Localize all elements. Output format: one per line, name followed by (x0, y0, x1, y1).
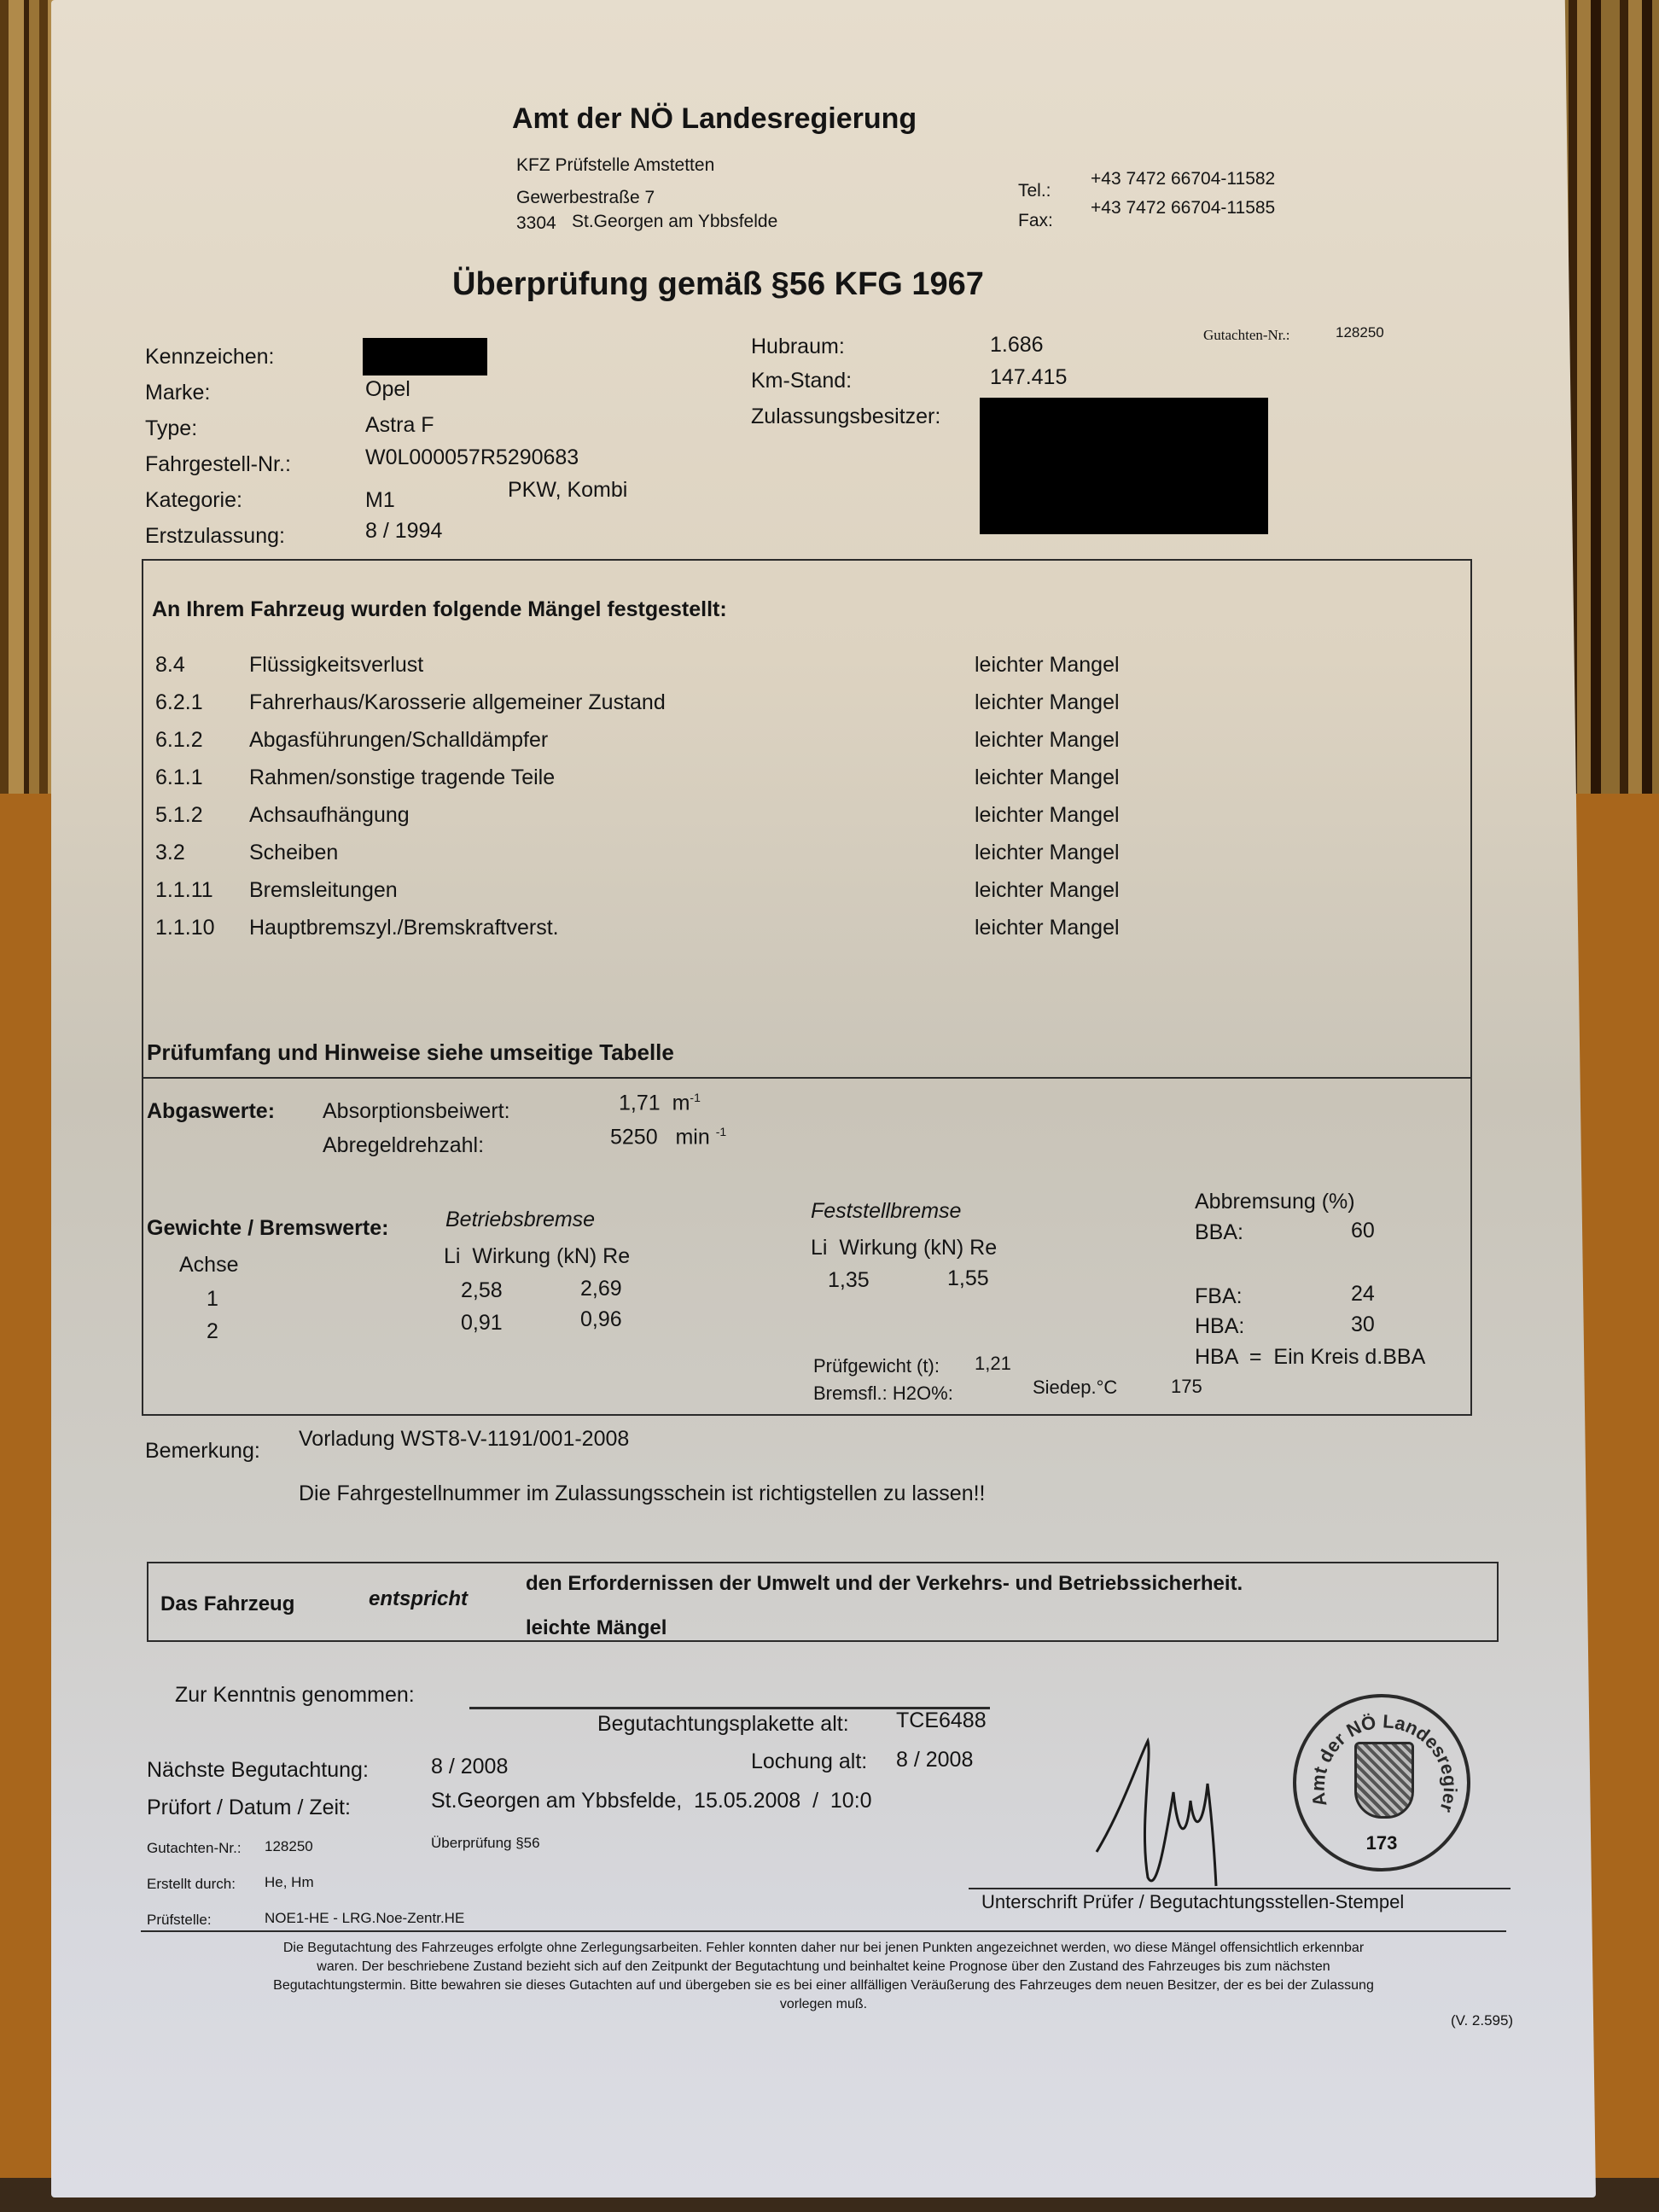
lochung-label: Lochung alt: (751, 1749, 867, 1774)
created-by-label: Erstellt durch: (147, 1876, 236, 1893)
tel-number: +43 7472 66704-11582 (1091, 169, 1275, 189)
fba-label: FBA: (1195, 1284, 1243, 1309)
acknowledged-label: Zur Kenntnis genommen: (175, 1683, 415, 1708)
col-re: Re (602, 1244, 630, 1268)
type-label: Type: (145, 416, 197, 441)
rpm-unit: min (675, 1125, 709, 1149)
verdict-text: den Erfordernissen der Umwelt und der Ve… (526, 1572, 1243, 1596)
disclaimer-line: waren. Der beschriebene Zustand bezieht … (141, 1958, 1506, 1976)
parking-brake-columns: Li Wirkung (kN) Re (811, 1236, 997, 1260)
department: KFZ Prüfstelle Amstetten (516, 155, 714, 176)
deceleration-label: Abbremsung (%) (1195, 1190, 1355, 1214)
rpm-exponent: -1 (716, 1125, 726, 1138)
hba-label: HBA: (1195, 1314, 1244, 1339)
defect-row: 1.1.11 Bremsleitungen leichter Mangel (155, 878, 1179, 916)
defect-description: Hauptbremszyl./Bremskraftverst. (249, 916, 559, 940)
disclaimer-text: Die Begutachtung des Fahrzeuges erfolgte… (141, 1939, 1506, 2014)
erstzulassung-value: 8 / 1994 (365, 519, 442, 544)
verdict-verb: entspricht (369, 1587, 468, 1611)
marke-value: Opel (365, 377, 410, 402)
place-date-time-value: St.Georgen am Ybbsfelde, 15.05.2008 / 10… (431, 1789, 872, 1813)
defect-description: Abgasführungen/Schalldämpfer (249, 728, 548, 753)
defect-code: 3.2 (155, 841, 185, 865)
service-brake-columns: Li Wirkung (kN) Re (444, 1244, 630, 1269)
kmstand-label: Km-Stand: (751, 369, 852, 393)
defect-severity: leichter Mangel (975, 841, 1120, 865)
station-value: NOE1-HE - LRG.Noe-Zentr.HE (265, 1910, 464, 1927)
absorption-value: 1,71 m-1 (619, 1091, 701, 1115)
defect-code: 1.1.10 (155, 916, 215, 940)
bba-label: BBA: (1195, 1220, 1243, 1245)
fahrgestell-label: Fahrgestell-Nr.: (145, 452, 291, 477)
absorption-number: 1,71 (619, 1091, 661, 1115)
defect-code: 5.1.2 (155, 803, 203, 828)
defect-code: 6.2.1 (155, 690, 203, 715)
verdict-subject: Das Fahrzeug (160, 1592, 294, 1616)
test-weight-value: 1,21 (975, 1353, 1011, 1375)
defect-row: 1.1.10 Hauptbremszyl./Bremskraftverst. l… (155, 916, 1179, 953)
rpm-value: 5250 min -1 (610, 1125, 726, 1150)
defect-row: 6.1.2 Abgasführungen/Schalldämpfer leich… (155, 728, 1179, 765)
axle-1-li: 2,58 (461, 1278, 503, 1303)
created-by-value: He, Hm (265, 1874, 314, 1891)
next-inspection-label: Nächste Begutachtung: (147, 1758, 369, 1783)
plakette-value: TCE6488 (896, 1708, 987, 1733)
kategorie-description: PKW, Kombi (508, 478, 627, 503)
axle-2-li: 0,91 (461, 1311, 503, 1336)
col-re: Re (969, 1236, 997, 1260)
postcode: 3304 (516, 213, 556, 234)
disclaimer-line: vorlegen muß. (141, 1995, 1506, 2014)
lochung-value: 8 / 2008 (896, 1748, 973, 1773)
kennzeichen-label: Kennzeichen: (145, 345, 275, 370)
axle-1-re: 2,69 (580, 1277, 622, 1301)
defect-severity: leichter Mangel (975, 916, 1120, 940)
parking-re: 1,55 (947, 1266, 989, 1291)
verdict-qualifier: leichte Mängel (526, 1616, 667, 1640)
defect-code: 6.1.2 (155, 728, 203, 753)
station-label: Prüfstelle: (147, 1912, 212, 1929)
axle-1: 1 (207, 1287, 218, 1312)
defect-description: Flüssigkeitsverlust (249, 653, 423, 678)
defect-description: Fahrerhaus/Karosserie allgemeiner Zustan… (249, 690, 666, 715)
plakette-label: Begutachtungsplakette alt: (597, 1712, 849, 1737)
next-inspection-value: 8 / 2008 (431, 1755, 508, 1779)
coat-of-arms-icon (1354, 1742, 1414, 1819)
axle-label: Achse (179, 1253, 238, 1278)
absorption-exponent: -1 (690, 1091, 700, 1104)
test-scope-note: Prüfumfang und Hinweise siehe umseitige … (147, 1039, 674, 1066)
test-weight-label: Prüfgewicht (t): (813, 1355, 940, 1377)
defect-code: 1.1.11 (155, 878, 213, 903)
parking-li: 1,35 (828, 1268, 870, 1293)
city: St.Georgen am Ybbsfelde (572, 212, 777, 232)
defect-row: 5.1.2 Achsaufhängung leichter Mangel (155, 803, 1179, 841)
remarks-label: Bemerkung: (145, 1439, 260, 1464)
defect-list: 8.4 Flüssigkeitsverlust leichter Mangel … (155, 653, 1265, 960)
defect-severity: leichter Mangel (975, 878, 1120, 903)
defect-description: Achsaufhängung (249, 803, 410, 828)
defect-row: 6.1.1 Rahmen/sonstige tragende Teile lei… (155, 765, 1179, 803)
defects-heading: An Ihrem Fahrzeug wurden folgende Mängel… (152, 597, 727, 622)
rpm-label: Abregeldrehzahl: (323, 1133, 484, 1158)
street: Gewerbestraße 7 (516, 188, 655, 208)
brakes-label: Gewichte / Bremswerte: (147, 1216, 388, 1241)
col-li: Li (444, 1244, 460, 1268)
type-value: Astra F (365, 413, 434, 438)
kategorie-value: M1 (365, 488, 395, 513)
signature-caption: Unterschrift Prüfer / Begutachtungsstell… (981, 1891, 1404, 1913)
marke-label: Marke: (145, 381, 210, 405)
boiling-point-value: 175 (1171, 1376, 1202, 1398)
fax-label: Fax: (1018, 211, 1053, 231)
report-number-label: Gutachten-Nr.: (1203, 327, 1290, 344)
exhaust-label: Abgaswerte: (147, 1099, 275, 1124)
defect-severity: leichter Mangel (975, 653, 1120, 678)
defect-description: Scheiben (249, 841, 338, 865)
kennzeichen-redacted (363, 338, 487, 375)
inspection-report-page: Amt der NÖ Landesregierung KFZ Prüfstell… (51, 0, 1596, 2197)
fba-value: 24 (1351, 1282, 1375, 1307)
signature-line (969, 1888, 1511, 1889)
defect-severity: leichter Mangel (975, 803, 1120, 828)
remarks-line-2: Die Fahrgestellnummer im Zulassungsschei… (299, 1481, 986, 1506)
disclaimer-divider (141, 1930, 1506, 1932)
col-wirkung: Wirkung (kN) (839, 1236, 963, 1260)
disclaimer-line: Die Begutachtung des Fahrzeuges erfolgte… (141, 1939, 1506, 1958)
defect-code: 8.4 (155, 653, 185, 678)
axle-2: 2 (207, 1319, 218, 1344)
defect-severity: leichter Mangel (975, 690, 1120, 715)
kategorie-label: Kategorie: (145, 488, 242, 513)
organization-name: Amt der NÖ Landesregierung (512, 102, 917, 136)
service-brake-label: Betriebsbremse (445, 1208, 595, 1232)
remarks-line-1: Vorladung WST8-V-1191/001-2008 (299, 1427, 629, 1452)
defect-code: 6.1.1 (155, 765, 203, 790)
col-li: Li (811, 1236, 827, 1260)
kmstand-value: 147.415 (990, 365, 1067, 390)
parking-brake-label: Feststellbremse (811, 1199, 961, 1224)
section-divider (142, 1077, 1470, 1079)
defect-row: 3.2 Scheiben leichter Mangel (155, 841, 1179, 878)
signature (1088, 1724, 1250, 1903)
form-version: (V. 2.595) (1451, 2012, 1513, 2029)
absorption-label: Absorptionsbeiwert: (323, 1099, 510, 1124)
defect-description: Rahmen/sonstige tragende Teile (249, 765, 555, 790)
hubraum-label: Hubraum: (751, 335, 845, 359)
besitzer-redacted (980, 398, 1268, 534)
gutachten-label: Gutachten-Nr.: (147, 1840, 242, 1857)
defect-description: Bremsleitungen (249, 878, 398, 903)
hba-value: 30 (1351, 1313, 1375, 1337)
gutachten-value: 128250 (265, 1838, 313, 1855)
document-title: Überprüfung gemäß §56 KFG 1967 (452, 266, 984, 303)
fahrgestell-value: W0L000057R5290683 (365, 445, 579, 470)
report-number-value: 128250 (1336, 324, 1384, 341)
defect-row: 6.2.1 Fahrerhaus/Karosserie allgemeiner … (155, 690, 1179, 728)
col-wirkung: Wirkung (kN) (472, 1244, 597, 1268)
place-date-time-label: Prüfort / Datum / Zeit: (147, 1796, 351, 1820)
official-stamp: Amt der NÖ Landesregierung 173 (1293, 1694, 1470, 1871)
hubraum-value: 1.686 (990, 333, 1044, 358)
brake-fluid-label: Bremsfl.: H2O%: (813, 1382, 953, 1405)
bba-value: 60 (1351, 1219, 1375, 1243)
fax-number: +43 7472 66704-11585 (1091, 198, 1275, 218)
boiling-point-label: Siedep.°C (1033, 1377, 1117, 1399)
defect-severity: leichter Mangel (975, 765, 1120, 790)
rpm-number: 5250 (610, 1125, 658, 1149)
disclaimer-line: Begutachtungstermin. Bitte bewahren sie … (141, 1976, 1506, 1995)
hba-note: HBA = Ein Kreis d.BBA (1195, 1345, 1425, 1370)
stamp-number: 173 (1296, 1832, 1467, 1854)
erstzulassung-label: Erstzulassung: (145, 524, 285, 549)
check-type: Überprüfung §56 (431, 1835, 540, 1852)
tel-label: Tel.: (1018, 181, 1051, 201)
absorption-unit: m (672, 1091, 690, 1115)
axle-2-re: 0,96 (580, 1307, 622, 1332)
defect-severity: leichter Mangel (975, 728, 1120, 753)
besitzer-label: Zulassungsbesitzer: (751, 405, 940, 429)
defect-row: 8.4 Flüssigkeitsverlust leichter Mangel (155, 653, 1179, 690)
